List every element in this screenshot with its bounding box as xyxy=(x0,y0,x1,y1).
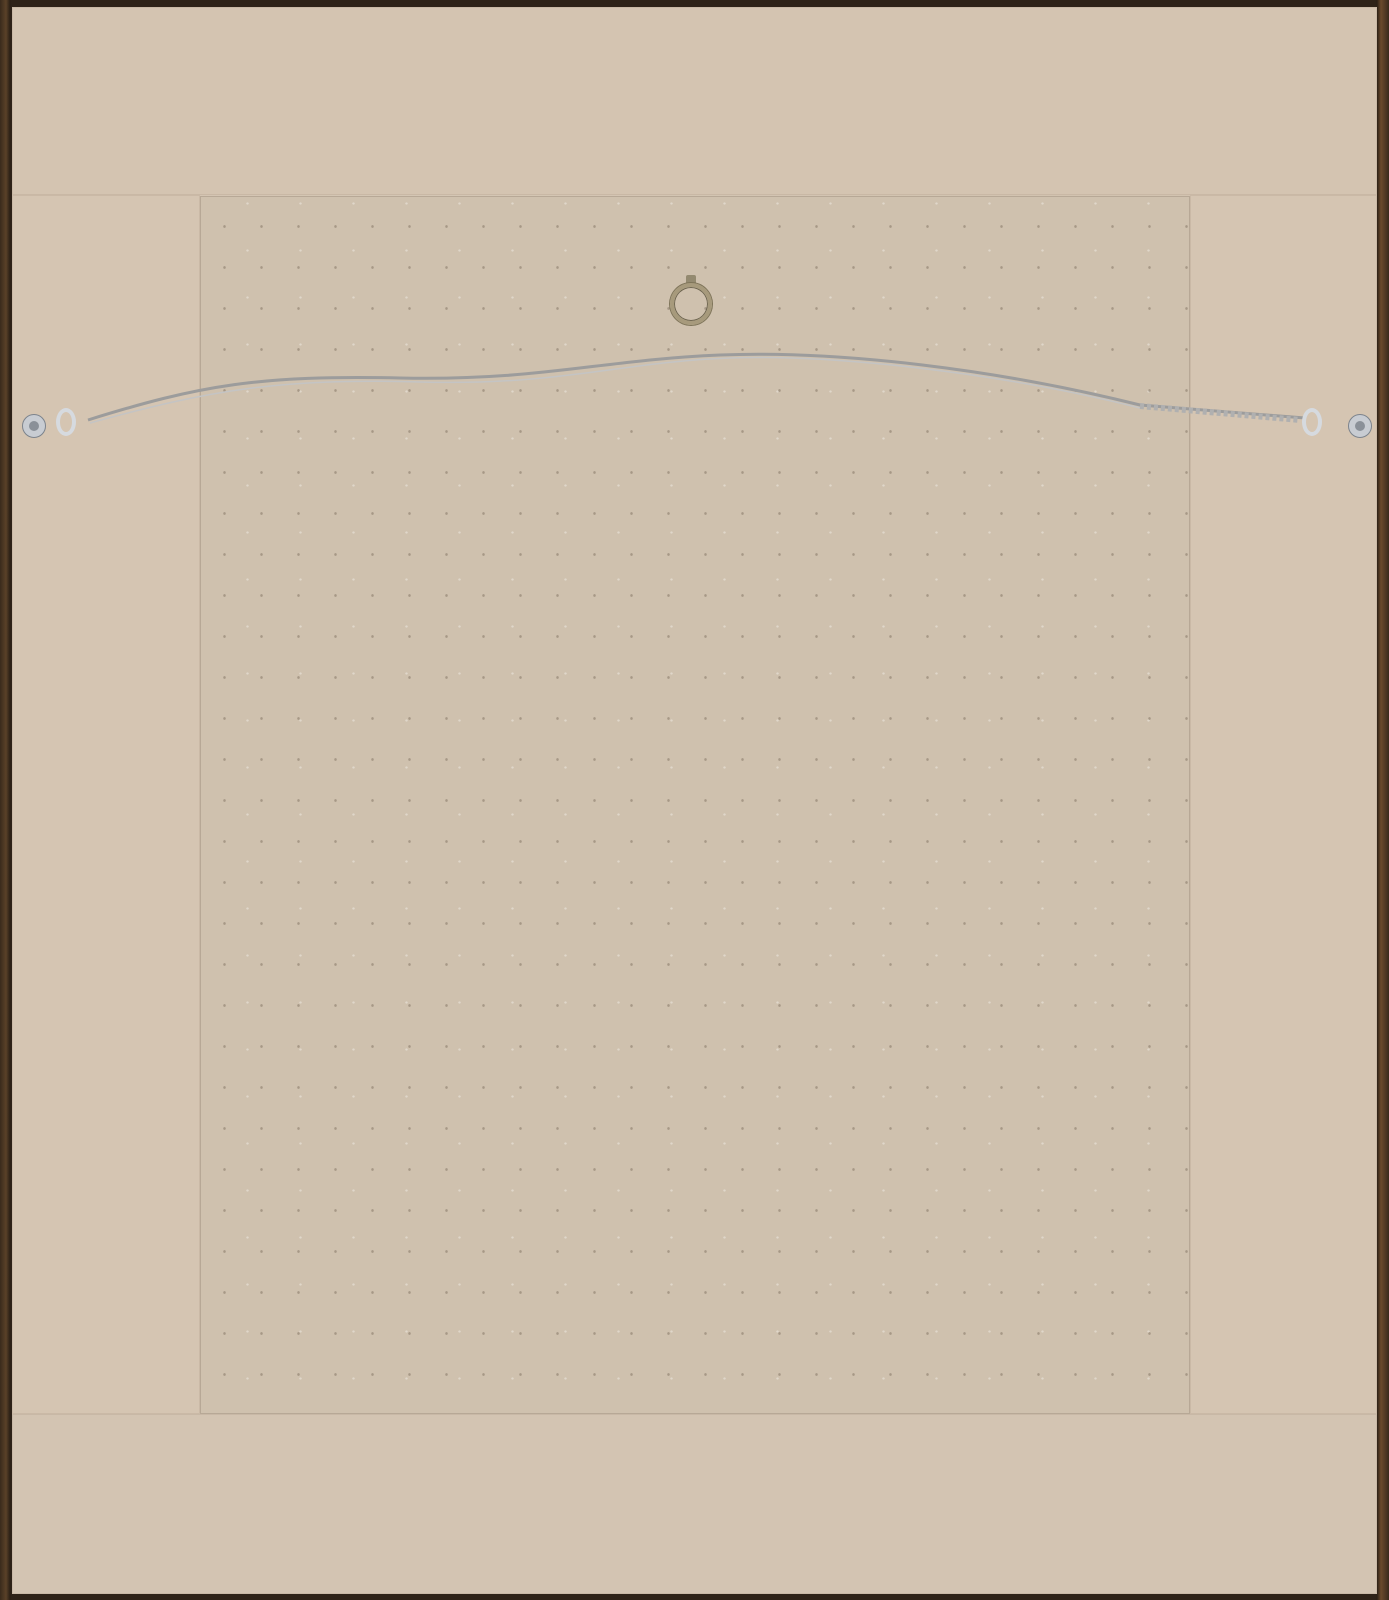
paper-tape-left xyxy=(12,195,200,1414)
paper-tape-top xyxy=(12,7,1377,195)
screw-icon xyxy=(29,421,39,431)
cardboard-backing-board xyxy=(200,196,1190,1414)
screw-icon xyxy=(1355,421,1365,431)
d-ring-icon xyxy=(1302,408,1322,436)
left-d-ring-hanger xyxy=(22,410,62,436)
brass-hanging-ring xyxy=(670,283,712,325)
d-ring-icon xyxy=(56,408,76,436)
paper-tape-right xyxy=(1190,195,1377,1414)
right-d-ring-hanger xyxy=(1302,410,1342,436)
paper-tape-bottom xyxy=(12,1414,1377,1594)
